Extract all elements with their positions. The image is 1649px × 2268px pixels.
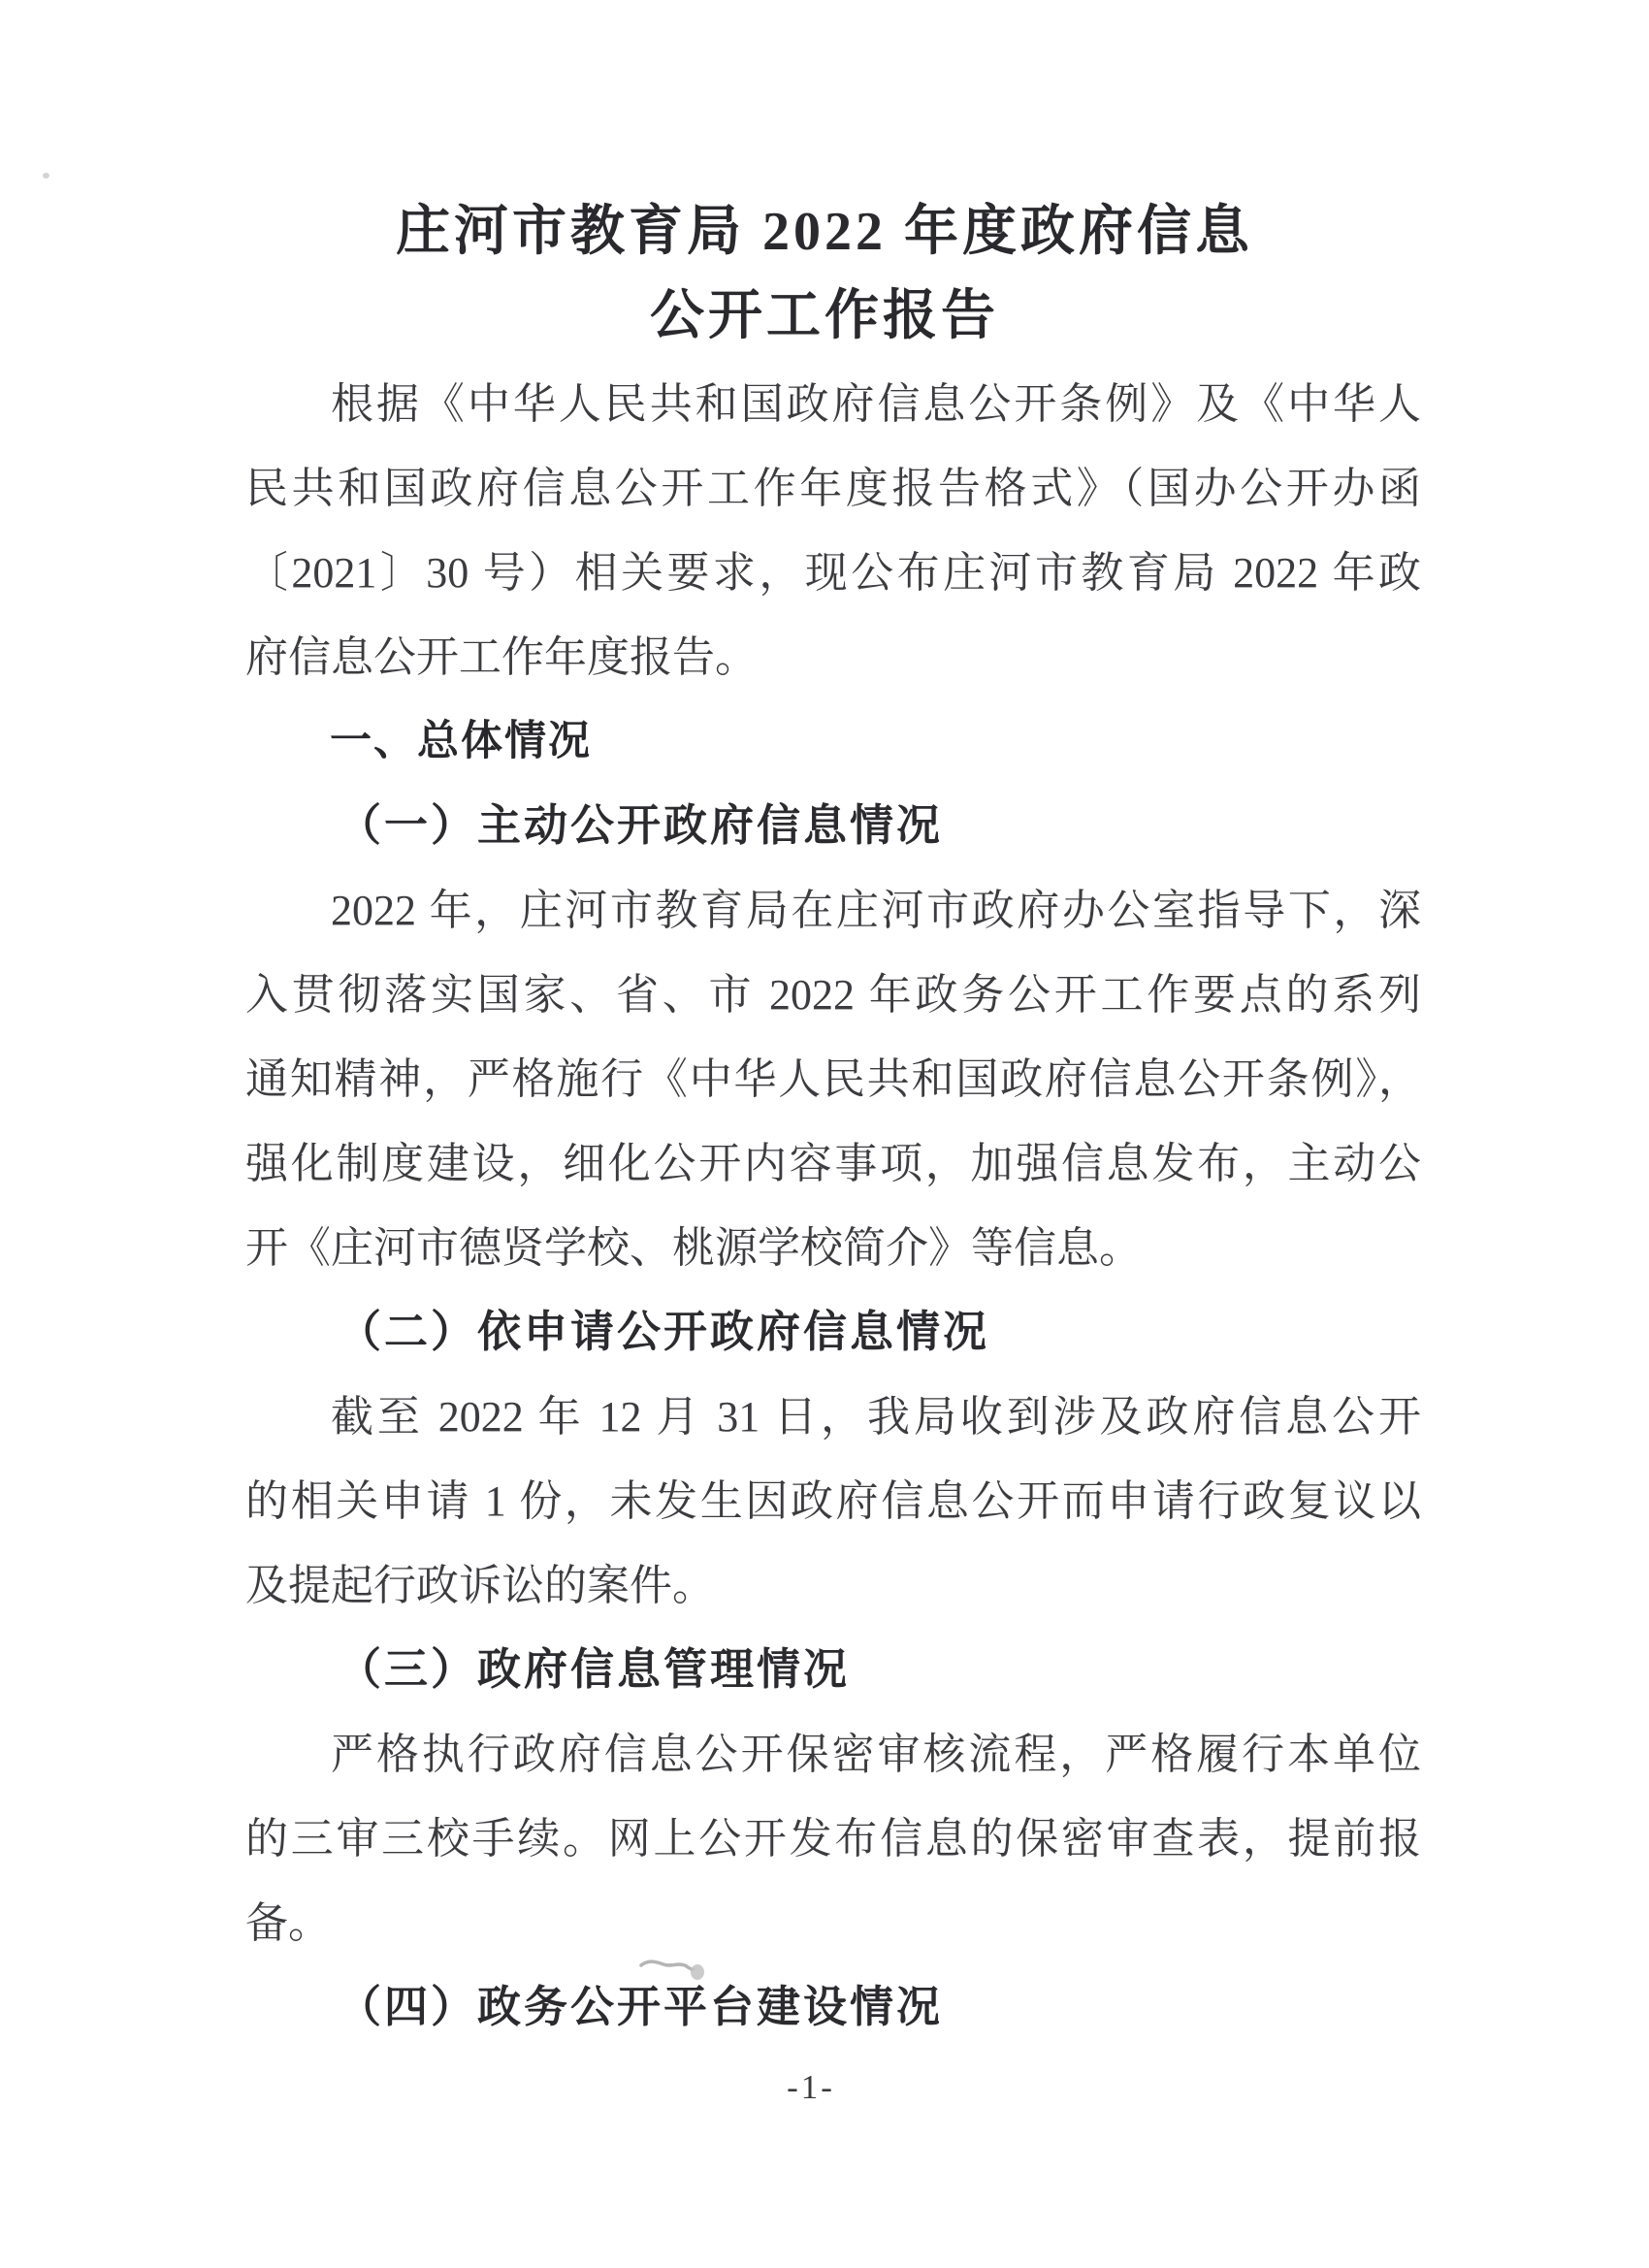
document-title-line-1: 庄河市教育局 2022 年度政府信息 [0,190,1649,275]
paragraph-line: 备。 [0,1881,1421,1965]
document-title: 庄河市教育局 2022 年度政府信息 公开工作报告 [0,190,1649,359]
paragraph-line: 的相关申请 1 份，未发生因政府信息公开而申请行政复议以 [0,1459,1421,1543]
paragraph-line: 通知精神，严格施行《中华人民共和国政府信息公开条例》， [0,1037,1421,1121]
paragraph-line: 府信息公开工作年度报告。 [0,615,1421,699]
paragraph-line: 开《庄河市德贤学校、桃源学校简介》等信息。 [0,1206,1421,1290]
paragraph-line: 〔2021〕30 号）相关要求，现公布庄河市教育局 2022 年政 [0,531,1421,615]
document-body: 根据《中华人民共和国政府信息公开条例》及《中华人民共和国政府信息公开工作年度报告… [0,362,1649,2050]
paragraph-line: 严格执行政府信息公开保密审核流程，严格履行本单位 [0,1712,1421,1797]
paragraph-line: 根据《中华人民共和国政府信息公开条例》及《中华人 [0,362,1421,446]
paragraph-line: 2022 年，庄河市教育局在庄河市政府办公室指导下，深 [0,868,1421,953]
subsection-heading: （三）政府信息管理情况 [0,1628,1513,1712]
paragraph-line: 及提起行政诉讼的案件。 [0,1543,1421,1628]
paragraph-line: 强化制度建设，细化公开内容事项，加强信息发布，主动公 [0,1121,1421,1206]
scan-smudge [638,1952,708,1983]
paragraph-line: 的三审三校手续。网上公开发布信息的保密审查表，提前报 [0,1797,1421,1881]
document-title-line-2: 公开工作报告 [0,275,1649,359]
subsection-heading: （四）政务公开平台建设情况 [0,1965,1513,2050]
scan-speck [43,173,49,178]
subsection-heading: （二）依申请公开政府信息情况 [0,1290,1513,1375]
paragraph-line: 截至 2022 年 12 月 31 日，我局收到涉及政府信息公开 [0,1375,1421,1459]
paragraph-line: 入贯彻落实国家、省、市 2022 年政务公开工作要点的系列 [0,953,1421,1037]
document-page: 庄河市教育局 2022 年度政府信息 公开工作报告 根据《中华人民共和国政府信息… [0,0,1649,2268]
subsection-heading: （一）主动公开政府信息情况 [0,784,1513,868]
page-number: -1- [0,2058,1622,2117]
section-heading: 一、总体情况 [0,699,1505,784]
paragraph-line: 民共和国政府信息公开工作年度报告格式》（国办公开办函 [0,446,1421,531]
